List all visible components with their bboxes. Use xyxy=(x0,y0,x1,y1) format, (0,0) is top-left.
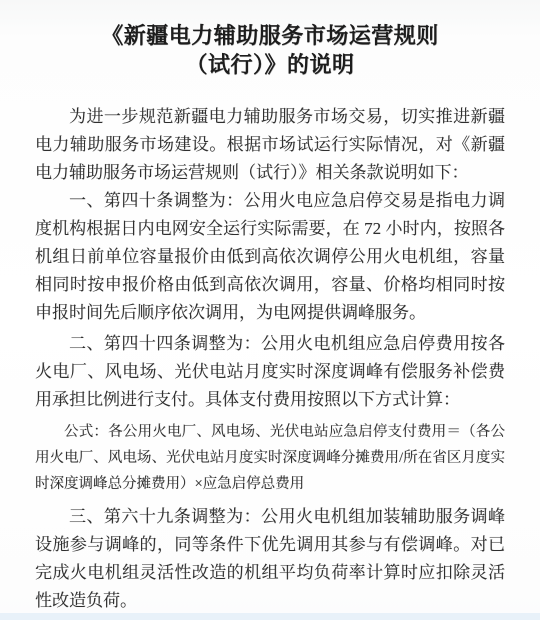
paragraph-formula: 公式：各公用火电厂、风电场、光伏电站应急启停支付费用＝（各公用火电厂、风电场、光… xyxy=(35,419,505,497)
paragraph-article-40: 一、第四十条调整为：公用火电应急启停交易是指电力调度机构根据日内电网安全运行实际… xyxy=(35,187,505,327)
document-page: 《新疆电力辅助服务市场运营规则 （试行）》的说明 为进一步规范新疆电力辅助服务市… xyxy=(0,0,540,620)
paragraph-intro: 为进一步规范新疆电力辅助服务市场交易，切实推进新疆电力辅助服务市场建设。根据市场… xyxy=(35,103,505,187)
paragraph-article-44: 二、第四十四条调整为：公用火电机组应急启停费用按各火电厂、风电场、光伏电站月度实… xyxy=(35,330,505,414)
scan-bottom-strip xyxy=(0,613,540,620)
document-title-line1: 《新疆电力辅助服务市场运营规则 xyxy=(35,21,505,50)
paragraph-article-69: 三、第六十九条调整为：公用火电机组加装辅助服务调峰设施参与调峰的，同等条件下优先… xyxy=(35,503,505,615)
document-title-line2: （试行）》的说明 xyxy=(35,50,505,79)
document-content: 《新疆电力辅助服务市场运营规则 （试行）》的说明 为进一步规范新疆电力辅助服务市… xyxy=(35,21,505,615)
document-title: 《新疆电力辅助服务市场运营规则 （试行）》的说明 xyxy=(35,21,505,79)
